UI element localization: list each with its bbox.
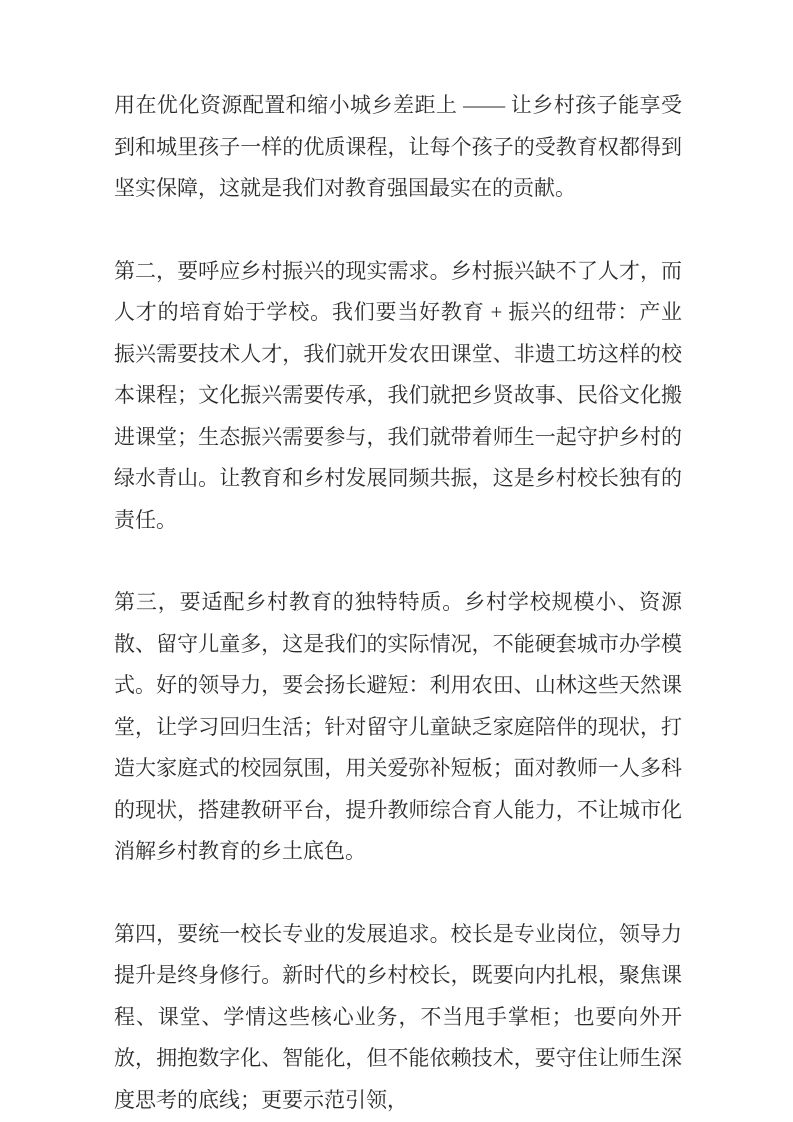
body-paragraph-4: 第四，要统一校长专业的发展追求。校长是专业岗位，领导力提升是终身修行。新时代的乡… xyxy=(114,914,682,1122)
document-content: 用在优化资源配置和缩小城乡差距上 —— 让乡村孩子能享受到和城里孩子一样的优质课… xyxy=(114,85,682,1121)
document-page: 用在优化资源配置和缩小城乡差距上 —— 让乡村孩子能享受到和城里孩子一样的优质课… xyxy=(0,0,793,1122)
body-paragraph-2: 第二，要呼应乡村振兴的现实需求。乡村振兴缺不了人才，而人才的培育始于学校。我们要… xyxy=(114,251,682,542)
body-paragraph-1: 用在优化资源配置和缩小城乡差距上 —— 让乡村孩子能享受到和城里孩子一样的优质课… xyxy=(114,85,682,210)
body-paragraph-3: 第三，要适配乡村教育的独特特质。乡村学校规模小、资源散、留守儿童多，这是我们的实… xyxy=(114,582,682,873)
